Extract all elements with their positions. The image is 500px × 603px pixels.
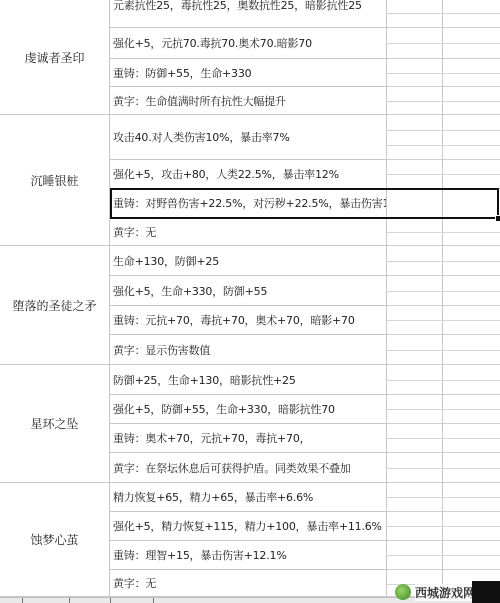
stat-cell[interactable]: 防御+25，生命+130，暗影抗性+25: [110, 365, 387, 395]
item-name: 蚀梦心茧: [30, 531, 78, 548]
stat-text: 重铸：理智+15，暴击伤害+12.1%: [113, 547, 287, 563]
fill-handle[interactable]: [495, 215, 500, 222]
stat-text: 重铸：对野兽伤害+22.5%，对污秽+22.5%，暴击伤害12.6%: [113, 195, 387, 211]
gridline: [387, 261, 500, 262]
empty-cell[interactable]: [387, 189, 443, 218]
gridline: [387, 232, 500, 233]
stat-text: 攻击40.对人类伤害10%，暴击率7%: [113, 129, 290, 145]
stat-cell[interactable]: 生命+130，防御+25: [110, 246, 387, 276]
stat-text: 生命+130，防御+25: [113, 253, 219, 269]
gridline: [387, 43, 500, 44]
gridline: [387, 350, 500, 351]
stat-text: 元素抗性25，毒抗性25，奥数抗性25，暗影抗性25: [113, 0, 362, 13]
stat-cell[interactable]: 强化+5，攻击+80，人类22.5%，暴击率12%: [110, 160, 387, 189]
item-name: 星环之坠: [30, 415, 78, 432]
stat-text: 黄字：生命值满时所有抗性大幅提升: [113, 93, 286, 109]
empty-cell[interactable]: [387, 0, 443, 28]
stat-cell[interactable]: 重铸：元抗+70，毒抗+70，奥术+70，暗影+70: [110, 306, 387, 335]
stat-text: 黄字：显示伤害数值: [113, 342, 210, 358]
stat-cell[interactable]: 黄字：在祭坛休息后可获得护盾。同类效果不叠加: [110, 453, 387, 483]
stat-text: 强化+5，元抗70.毒抗70.奥术70.暗影70: [113, 35, 312, 51]
item-name-cell[interactable]: 星环之坠: [0, 365, 110, 483]
stat-text: 黄字：在祭坛休息后可获得护盾。同类效果不叠加: [113, 460, 351, 476]
stat-cell[interactable]: 黄字：显示伤害数值: [110, 335, 387, 365]
stat-text: 黄字：无: [113, 575, 156, 591]
sheet-tab-divider: [22, 598, 23, 603]
stat-cell-selected[interactable]: 重铸：对野兽伤害+22.5%，对污秽+22.5%，暴击伤害12.6%: [110, 189, 387, 218]
watermark-logo-icon: [395, 584, 411, 600]
stat-cell[interactable]: 强化+5，防御+55，生命+330，暗影抗性70: [110, 395, 387, 424]
gridline: [387, 101, 500, 102]
stat-cell[interactable]: 重铸：理智+15，暴击伤害+12.1%: [110, 541, 387, 570]
empty-cell[interactable]: [443, 0, 500, 28]
item-name-cell[interactable]: 堕落的圣徒之矛: [0, 246, 110, 365]
gridline: [387, 130, 500, 131]
stat-cell[interactable]: 重铸：防御+55，生命+330: [110, 59, 387, 87]
stat-text: 强化+5，生命+330，防御+55: [113, 283, 267, 299]
stat-cell[interactable]: 强化+5，元抗70.毒抗70.奥术70.暗影70: [110, 28, 387, 59]
item-name-cell[interactable]: 沉睡银桩: [0, 115, 110, 246]
stat-text: 强化+5，防御+55，生命+330，暗影抗性70: [113, 401, 335, 417]
item-name: 虔诚者圣印: [24, 49, 84, 66]
stat-cell[interactable]: 元素抗性25，毒抗性25，奥数抗性25，暗影抗性25: [110, 0, 387, 28]
gridline: [387, 438, 500, 439]
stat-text: 重铸：奥术+70，元抗+70，毒抗+70，: [113, 430, 310, 446]
stat-cell[interactable]: 强化+5，精力恢复+115，精力+100，暴击率+11.6%: [110, 512, 387, 541]
stat-cell[interactable]: 强化+5，生命+330，防御+55: [110, 276, 387, 306]
empty-cell[interactable]: [443, 189, 500, 218]
item-name-cell[interactable]: 虔诚者圣印: [0, 0, 110, 115]
item-name-cell[interactable]: 蚀梦心茧: [0, 483, 110, 597]
stat-text: 精力恢复+65，精力+65，暴击率+6.6%: [113, 489, 313, 505]
stat-cell[interactable]: 黄字：无: [110, 218, 387, 246]
item-name: 沉睡银桩: [30, 172, 78, 189]
empty-cell[interactable]: [443, 115, 500, 160]
stat-cell[interactable]: 重铸：奥术+70，元抗+70，毒抗+70，: [110, 424, 387, 453]
stat-text: 重铸：防御+55，生命+330: [113, 65, 251, 81]
stat-text: 黄字：无: [113, 224, 156, 240]
gridline: [387, 526, 500, 527]
watermark-dark-block: [472, 581, 500, 603]
stat-cell[interactable]: 黄字：生命值满时所有抗性大幅提升: [110, 87, 387, 115]
stat-text: 重铸：元抗+70，毒抗+70，奥术+70，暗影+70: [113, 312, 355, 328]
stat-cell[interactable]: 精力恢复+65，精力+65，暴击率+6.6%: [110, 483, 387, 512]
sheet-tab-divider: [69, 598, 70, 603]
gridline: [387, 291, 500, 292]
item-name: 堕落的圣徒之矛: [12, 297, 96, 314]
gridline: [387, 468, 500, 469]
stat-cell[interactable]: 攻击40.对人类伤害10%，暴击率7%: [110, 115, 387, 160]
stat-text: 强化+5，攻击+80，人类22.5%，暴击率12%: [113, 166, 339, 182]
gridline: [387, 145, 500, 146]
stat-text: 强化+5，精力恢复+115，精力+100，暴击率+11.6%: [113, 518, 382, 534]
stat-cell[interactable]: 黄字：无: [110, 570, 387, 597]
sheet-tab-divider: [110, 598, 111, 603]
gridline: [387, 174, 500, 175]
gridline: [387, 555, 500, 556]
gridline: [387, 409, 500, 410]
stat-text: 防御+25，生命+130，暗影抗性+25: [113, 372, 296, 388]
spreadsheet: 虔诚者圣印 元素抗性25，毒抗性25，奥数抗性25，暗影抗性25 强化+5，元抗…: [0, 0, 500, 603]
watermark-text: 西城游戏网: [415, 584, 475, 601]
gridline: [387, 13, 500, 14]
gridline: [387, 73, 500, 74]
empty-cell[interactable]: [387, 115, 443, 160]
sheet-tab-divider: [153, 598, 154, 603]
gridline: [387, 380, 500, 381]
gridline: [387, 320, 500, 321]
gridline: [387, 497, 500, 498]
